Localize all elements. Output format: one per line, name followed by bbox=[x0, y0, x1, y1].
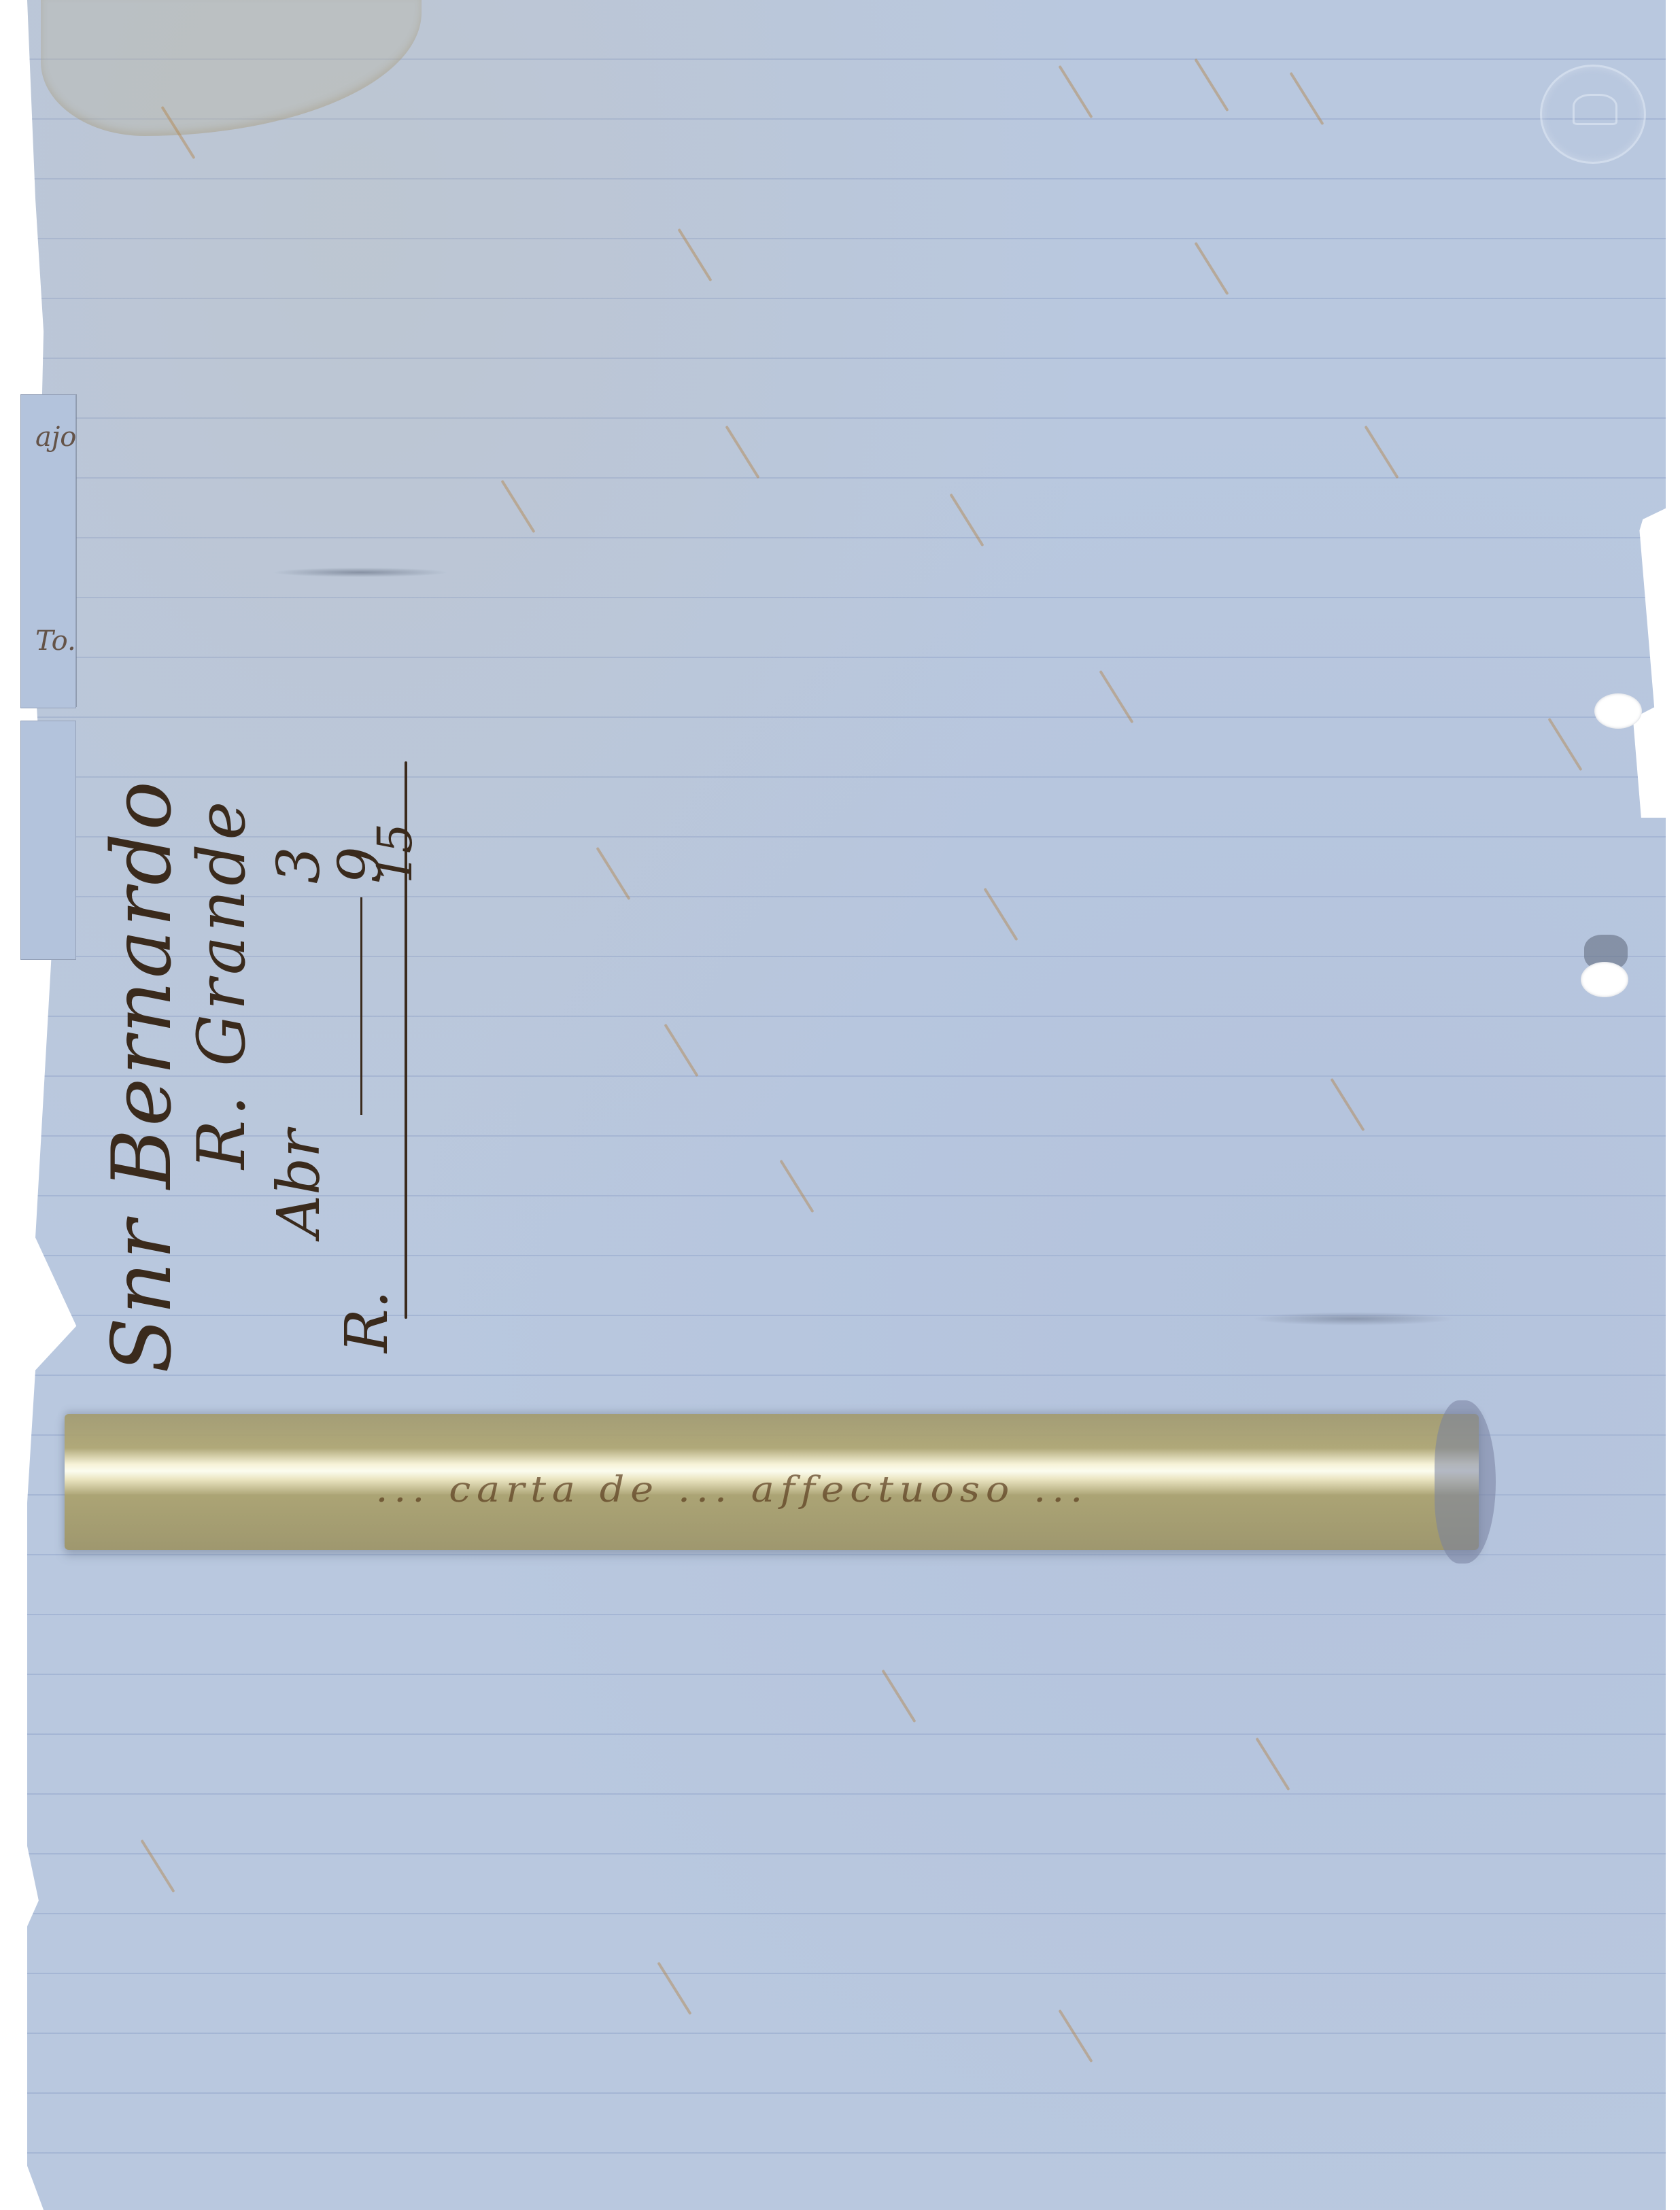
ink-smudge bbox=[272, 568, 449, 577]
embossed-seal-icon bbox=[1540, 65, 1646, 164]
docket-name: Snr Bernardo bbox=[95, 778, 190, 1373]
margin-fragment: To. bbox=[35, 625, 76, 657]
punch-hole bbox=[1594, 693, 1642, 729]
ink-smudge bbox=[1251, 1312, 1455, 1326]
docket: Snr Bernardo R. Grande Abr 3 R. 9 15 bbox=[82, 721, 435, 1373]
docket-row-label: Abr bbox=[265, 1130, 333, 1237]
punch-hole bbox=[1581, 962, 1628, 997]
margin-fragment: ajo bbox=[35, 421, 76, 453]
tape-covered-text: ... carta de ... affectuoso ... bbox=[375, 1470, 1088, 1510]
docket-total: 15 bbox=[367, 823, 423, 884]
docket-row-label: R. bbox=[333, 1290, 401, 1353]
docket-place: R. Grande bbox=[184, 797, 260, 1169]
tape-end bbox=[1435, 1400, 1496, 1564]
docket-underline bbox=[405, 761, 407, 1319]
docket-dash bbox=[360, 897, 362, 1115]
paper-flap bbox=[20, 721, 76, 960]
docket-row-value: 3 bbox=[265, 846, 333, 884]
